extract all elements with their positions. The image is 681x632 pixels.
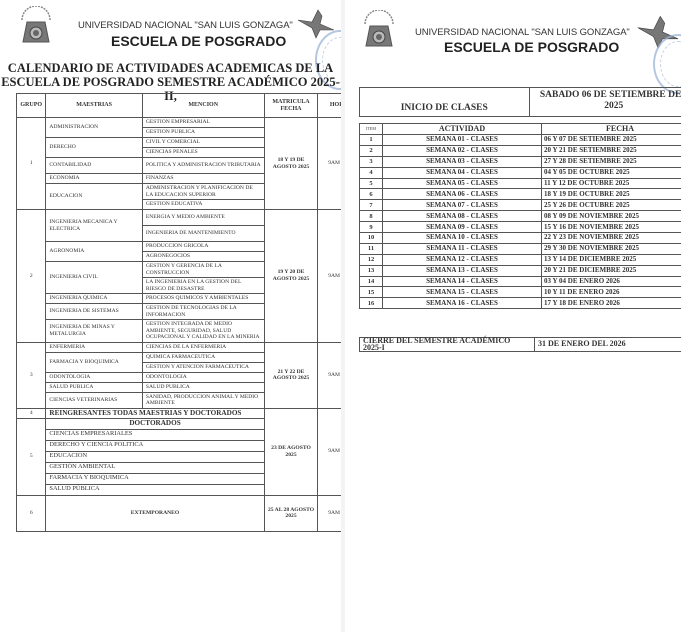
hora-cell: 9am a	[318, 495, 341, 531]
hora-cell: 9am a	[318, 408, 341, 495]
actividad-cell: SEMANA 05 - CLASES	[383, 178, 542, 189]
hora-cell: 9am a	[318, 210, 341, 343]
maestria-cell: CONTABILIDAD	[46, 158, 142, 174]
calendar-page-right: UNIVERSIDAD NACIONAL "SAN LUIS GONZAGA" …	[345, 0, 681, 632]
actividad-cell: SEMANA 07 - CLASES	[383, 200, 542, 211]
table-row: 15SEMANA 15 - CLASES10 y 11 DE ENERO 202…	[360, 287, 681, 298]
university-seal-icon	[18, 6, 54, 46]
doctorado-cell: EDUCACION	[46, 451, 264, 462]
grupo-cell: 3	[17, 342, 46, 408]
col-item: ITEM	[360, 124, 383, 135]
item-cell: 11	[360, 243, 383, 254]
fecha-cell: 06 y 07 DE SETIEMBRE 2025	[542, 135, 681, 146]
maestria-cell: CIENCIAS VETERINARIAS	[46, 392, 142, 408]
matricula-cell: 23 DE AGOSTO 2025	[264, 408, 318, 495]
actividad-cell: SEMANA 14 - CLASES	[383, 276, 542, 287]
table-row: 14SEMANA 14 - CLASES03 y 04 DE ENERO 202…	[360, 276, 681, 287]
item-cell: 6	[360, 189, 383, 200]
maestria-cell: INGENIERIA DE MINAS Y METALURGIA	[46, 320, 142, 343]
enrollment-table: GRUPO MAESTRIAS MENCION MATRICULA FECHA …	[16, 93, 341, 532]
actividad-cell: SEMANA 15 - CLASES	[383, 287, 542, 298]
item-cell: 5	[360, 178, 383, 189]
mencion-cell: LA INGENIERIA EN LA GESTION DEL RIESGO D…	[142, 278, 264, 294]
grupo-cell: 5	[17, 418, 46, 495]
mencion-cell: ADMINISTRACION Y PLANIFICACION DE LA EDU…	[142, 184, 264, 200]
mencion-cell: SANIDAD, PRODUCCION ANIMAL Y MEDIO AMBIE…	[142, 392, 264, 408]
col-matricula: MATRICULA FECHA	[264, 94, 318, 118]
start-date: SABADO 06 DE SETIEMBRE DEL 2025	[529, 88, 681, 117]
col-maestrias: MAESTRIAS	[46, 94, 142, 118]
title-line-1: CALENDARIO DE ACTIVIDADES ACADEMICAS DE …	[0, 61, 341, 75]
table-row: 1ADMINISTRACIONGESTION EMPRESARIAL18 y 1…	[17, 118, 342, 128]
item-cell: 3	[360, 156, 383, 167]
table-row: 2SEMANA 02 - CLASES20 y 21 DE SETIEMBRE …	[360, 145, 681, 156]
table-row: 1SEMANA 01 - CLASES06 y 07 DE SETIEMBRE …	[360, 135, 681, 146]
maestria-cell: INGENIERIA CIVIL	[46, 262, 142, 294]
table-row: 10SEMANA 10 - CLASES22 y 23 DE NOVIEMBRE…	[360, 233, 681, 244]
maestria-cell: INGENIERIA QUIMICA	[46, 294, 142, 304]
university-name: UNIVERSIDAD NACIONAL "SAN LUIS GONZAGA"	[415, 27, 630, 38]
table-row: 12SEMANA 12 - CLASES13 y 14 DE DICIEMBRE…	[360, 254, 681, 265]
table-row: 4REINGRESANTES TODAS MAESTRIAS Y DOCTORA…	[17, 408, 342, 418]
table-row: 13SEMANA 13 - CLASES20 y 21 DE DICIEMBRE…	[360, 265, 681, 276]
doctorado-cell: DERECHO Y CIENCIA POLITICA	[46, 440, 264, 451]
mencion-cell: GESTION INTEGRADA DE MEDIO AMBIENTE, SEG…	[142, 320, 264, 343]
fecha-cell: 25 y 26 DE OCTUBRE 2025	[542, 200, 681, 211]
table-row: 2INGENIERIA MECANICA Y ELECTRICAENERGIA …	[17, 210, 342, 226]
item-cell: 14	[360, 276, 383, 287]
actividad-cell: SEMANA 09 - CLASES	[383, 222, 542, 233]
table-row: 16SEMANA 16 - CLASES17 y 18 DE ENERO 202…	[360, 298, 681, 309]
doctorado-cell: GESTIÓN AMBIENTAL	[46, 462, 264, 473]
actividad-cell: SEMANA 02 - CLASES	[383, 145, 542, 156]
fecha-cell: 20 y 21 DE DICIEMBRE 2025	[542, 265, 681, 276]
school-name: ESCUELA DE POSGRADO	[444, 39, 619, 55]
close-label: CIERRE DEL SEMESTRE ACADÉMICO 2025-I	[360, 338, 535, 352]
mencion-cell: PROCESOS QUIMICOS Y AMBIENTALES	[142, 294, 264, 304]
mencion-cell: GESTION DE TECNOLOGIAS DE LA INFORMACION	[142, 304, 264, 320]
hora-cell: 9am a	[318, 118, 341, 210]
item-cell: 9	[360, 222, 383, 233]
actividad-cell: SEMANA 10 - CLASES	[383, 233, 542, 244]
actividad-cell: SEMANA 12 - CLASES	[383, 254, 542, 265]
actividad-cell: SEMANA 04 - CLASES	[383, 167, 542, 178]
table-row: 9SEMANA 09 - CLASES15 y 16 DE NOVIEMBRE …	[360, 222, 681, 233]
col-actividad: ACTIVIDAD	[383, 124, 542, 135]
maestria-cell: INGENIERIA MECANICA Y ELECTRICA	[46, 210, 142, 242]
item-cell: 10	[360, 233, 383, 244]
hora-cell: 9am a	[318, 342, 341, 408]
close-date: 31 DE ENERO DEL 2026	[535, 338, 681, 352]
maestria-cell: EDUCACION	[46, 184, 142, 210]
table-row: 6SEMANA 06 - CLASES18 y 19 DE OCTUBRE 20…	[360, 189, 681, 200]
start-of-classes-table: INICIO DE CLASES SABADO 06 DE SETIEMBRE …	[359, 87, 681, 117]
fecha-cell: 11 y 12 DE OCTUBRE 2025	[542, 178, 681, 189]
actividad-cell: SEMANA 13 - CLASES	[383, 265, 542, 276]
item-cell: 7	[360, 200, 383, 211]
table-row: 8SEMANA 08 - CLASES08 y 09 DE NOVIEMBRE …	[360, 211, 681, 222]
actividad-cell: SEMANA 11 - CLASES	[383, 243, 542, 254]
maestria-cell: ADMINISTRACION	[46, 118, 142, 138]
start-label: INICIO DE CLASES	[360, 88, 530, 117]
item-cell: 16	[360, 298, 383, 309]
mencion-cell: GESTION PUBLICA	[142, 128, 264, 138]
reingresantes-cell: REINGRESANTES TODAS MAESTRIAS Y DOCTORAD…	[46, 408, 264, 418]
item-cell: 2	[360, 145, 383, 156]
maestria-cell: ECONOMIA	[46, 174, 142, 184]
maestria-cell: SALUD PUBLICA	[46, 382, 142, 392]
item-cell: 13	[360, 265, 383, 276]
mencion-cell: PRODUCCION GRICOLA	[142, 242, 264, 252]
fecha-cell: 08 y 09 DE NOVIEMBRE 2025	[542, 211, 681, 222]
mencion-cell: CIENCIAS PENALES	[142, 148, 264, 158]
maestria-cell: INGENIERIA DE SISTEMAS	[46, 304, 142, 320]
mencion-cell: AGRONEGOCIOS	[142, 252, 264, 262]
mencion-cell: CIVIL Y COMERCIAL	[142, 138, 264, 148]
item-cell: 12	[360, 254, 383, 265]
maestria-cell: ENFERMERIA	[46, 342, 142, 352]
mencion-cell: POLITICA Y ADMINISTRACION TRIBUTARIA	[142, 158, 264, 174]
table-row: 4SEMANA 04 - CLASES04 y 05 DE OCTUBRE 20…	[360, 167, 681, 178]
semester-close-table: CIERRE DEL SEMESTRE ACADÉMICO 2025-I 31 …	[359, 337, 681, 352]
actividad-cell: SEMANA 16 - CLASES	[383, 298, 542, 309]
maestria-cell: DERECHO	[46, 138, 142, 158]
grupo-cell: 2	[17, 210, 46, 343]
grupo-cell: 1	[17, 118, 46, 210]
mencion-cell: QUIMICA FARMACEUTICA	[142, 352, 264, 362]
maestria-cell: AGRONOMIA	[46, 242, 142, 262]
mencion-cell: FINANZAS	[142, 174, 264, 184]
col-grupo: GRUPO	[17, 94, 46, 118]
table-row: 5SEMANA 05 - CLASES11 y 12 DE OCTUBRE 20…	[360, 178, 681, 189]
item-cell: 15	[360, 287, 383, 298]
mencion-cell: GESTION EMPRESARIAL	[142, 118, 264, 128]
fecha-cell: 10 y 11 DE ENERO 2026	[542, 287, 681, 298]
table-row: 3SEMANA 03 - CLASES27 y 28 DE SETIEMBRE …	[360, 156, 681, 167]
fecha-cell: 17 y 18 DE ENERO 2026	[542, 298, 681, 309]
matricula-cell: 25 AL 28 AGOSTO 2025	[264, 495, 318, 531]
school-name: ESCUELA DE POSGRADO	[111, 33, 286, 49]
col-fecha: FECHA	[542, 124, 681, 135]
fecha-cell: 27 y 28 DE SETIEMBRE 2025	[542, 156, 681, 167]
table-row: 6EXTEMPORANEO25 AL 28 AGOSTO 20259am a	[17, 495, 342, 531]
matricula-cell: 18 y 19 DE AGOSTO 2025	[264, 118, 318, 210]
table-row: 11SEMANA 11 - CLASES29 y 30 DE NOVIEMBRE…	[360, 243, 681, 254]
fecha-cell: 18 y 19 DE OCTUBRE 2025	[542, 189, 681, 200]
mencion-cell: CIENCIAS DE LA ENFERMERIA	[142, 342, 264, 352]
maestria-cell: FARMACIA Y BIOQUIMICA	[46, 352, 142, 372]
fecha-cell: 15 y 16 DE NOVIEMBRE 2025	[542, 222, 681, 233]
col-hora: HOR	[318, 94, 341, 118]
col-mencion: MENCION	[142, 94, 264, 118]
class-weeks-table: ITEM ACTIVIDAD FECHA 1SEMANA 01 - CLASES…	[359, 123, 681, 309]
doctorado-cell: SALUD PÚBLICA	[46, 484, 264, 495]
maestria-cell: ODONTOLOGIA	[46, 372, 142, 382]
fecha-cell: 22 y 23 DE NOVIEMBRE 2025	[542, 233, 681, 244]
fecha-cell: 20 y 21 DE SETIEMBRE 2025	[542, 145, 681, 156]
actividad-cell: SEMANA 08 - CLASES	[383, 211, 542, 222]
mencion-cell: ODONTOLOGIA	[142, 372, 264, 382]
actividad-cell: SEMANA 03 - CLASES	[383, 156, 542, 167]
mencion-cell: SALUD PUBLICA	[142, 382, 264, 392]
calendar-page-left: UNIVERSIDAD NACIONAL "SAN LUIS GONZAGA" …	[0, 0, 341, 632]
matricula-cell: 21 y 22 DE AGOSTO 2025	[264, 342, 318, 408]
fecha-cell: 29 y 30 DE NOVIEMBRE 2025	[542, 243, 681, 254]
extemporaneo-cell: EXTEMPORANEO	[46, 495, 264, 531]
doctorados-heading: DOCTORADOS	[46, 418, 264, 429]
item-cell: 8	[360, 211, 383, 222]
mencion-cell: GESTION Y ATENCION FARMACEUTICA	[142, 362, 264, 372]
fecha-cell: 04 y 05 DE OCTUBRE 2025	[542, 167, 681, 178]
fecha-cell: 03 y 04 DE ENERO 2026	[542, 276, 681, 287]
item-cell: 4	[360, 167, 383, 178]
grupo-cell: 6	[17, 495, 46, 531]
mencion-cell: GESTION EDUCATIVA	[142, 200, 264, 210]
table-row: 7SEMANA 07 - CLASES25 y 26 DE OCTUBRE 20…	[360, 200, 681, 211]
mencion-cell: GESTION Y GERENCIA DE LA CONSTRUCCION	[142, 262, 264, 278]
mencion-cell: ENERGIA Y MEDIO AMBIENTE	[142, 210, 264, 226]
matricula-cell: 19 y 20 DE AGOSTO 2025	[264, 210, 318, 343]
mencion-cell: INGENIERIA DE MANTENIMIENTO	[142, 226, 264, 242]
university-seal-icon	[361, 10, 397, 50]
actividad-cell: SEMANA 06 - CLASES	[383, 189, 542, 200]
grupo-cell: 4	[17, 408, 46, 418]
fecha-cell: 13 y 14 DE DICIEMBRE 2025	[542, 254, 681, 265]
university-name: UNIVERSIDAD NACIONAL "SAN LUIS GONZAGA"	[78, 20, 293, 31]
doctorado-cell: FARMACIA Y BIOQUIMICA	[46, 473, 264, 484]
actividad-cell: SEMANA 01 - CLASES	[383, 135, 542, 146]
doctorado-cell: CIENCIAS EMPRESARIALES	[46, 429, 264, 440]
item-cell: 1	[360, 135, 383, 146]
table-row: 3ENFERMERIACIENCIAS DE LA ENFERMERIA21 y…	[17, 342, 342, 352]
